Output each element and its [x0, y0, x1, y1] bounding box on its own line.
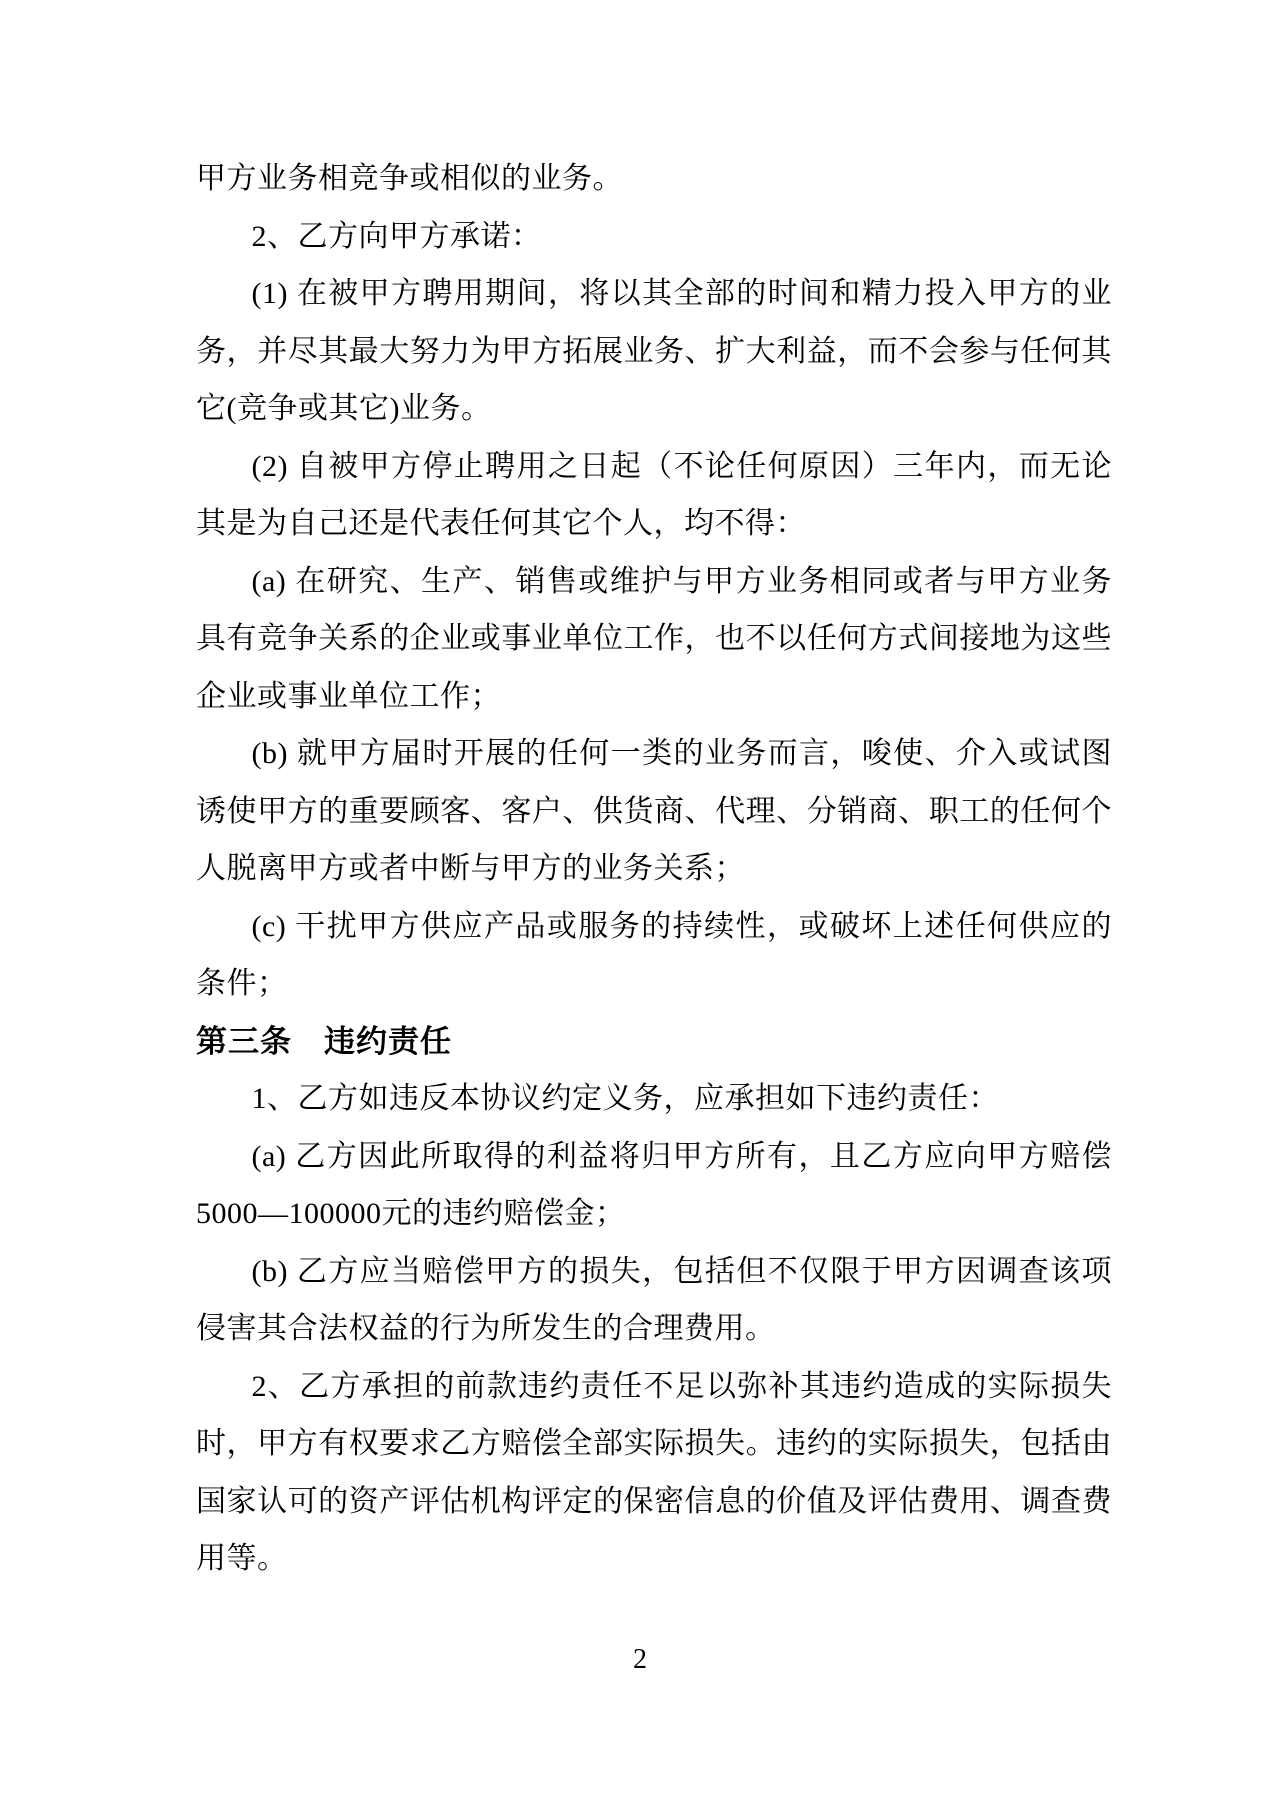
- paragraph: (c) 干扰甲方供应产品或服务的持续性，或破坏上述任何供应的条件；: [196, 898, 1112, 1013]
- paragraph: (a) 乙方因此所取得的利益将归甲方所有，且乙方应向甲方赔偿5000—10000…: [196, 1128, 1112, 1243]
- paragraph: 1、乙方如违反本协议约定义务，应承担如下违约责任：: [196, 1070, 1112, 1128]
- paragraph: (b) 就甲方届时开展的任何一类的业务而言，唆使、介入或试图诱使甲方的重要顾客、…: [196, 725, 1112, 898]
- document-page: 甲方业务相竞争或相似的业务。2、乙方向甲方承诺：(1) 在被甲方聘用期间，将以其…: [0, 0, 1280, 1810]
- paragraph: 2、乙方向甲方承诺：: [196, 208, 1112, 266]
- paragraph: 2、乙方承担的前款违约责任不足以弥补其违约造成的实际损失时，甲方有权要求乙方赔偿…: [196, 1358, 1112, 1588]
- page-number: 2: [0, 1640, 1280, 1680]
- document-body: 甲方业务相竞争或相似的业务。2、乙方向甲方承诺：(1) 在被甲方聘用期间，将以其…: [196, 150, 1112, 1588]
- paragraph: (2) 自被甲方停止聘用之日起（不论任何原因）三年内，而无论其是为自己还是代表任…: [196, 438, 1112, 553]
- paragraph: 甲方业务相竞争或相似的业务。: [196, 150, 1112, 208]
- paragraph: (b) 乙方应当赔偿甲方的损失，包括但不仅限于甲方因调查该项侵害其合法权益的行为…: [196, 1243, 1112, 1358]
- paragraph: (a) 在研究、生产、销售或维护与甲方业务相同或者与甲方业务具有竞争关系的企业或…: [196, 553, 1112, 726]
- section-heading: 第三条 违约责任: [196, 1013, 1112, 1071]
- paragraph: (1) 在被甲方聘用期间，将以其全部的时间和精力投入甲方的业务，并尽其最大努力为…: [196, 265, 1112, 438]
